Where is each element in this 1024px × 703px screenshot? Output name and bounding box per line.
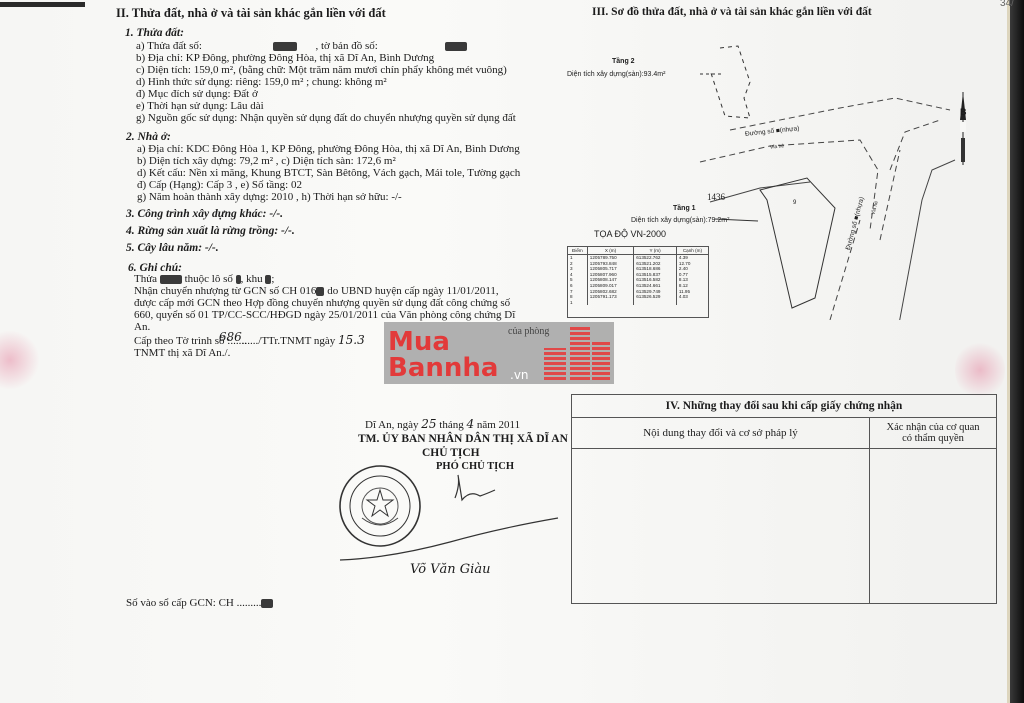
house-address: a) Địa chỉ: KDC Đông Hòa 1, KP Đông, phư… [137,143,520,155]
changes-table: IV. Những thay đổi sau khi cấp giấy chứn… [571,394,997,604]
building-icon [570,326,590,380]
north-arrow-icon [960,92,966,165]
signer-role-1: CHỦ TỊCH [422,447,480,459]
section2-title: II. Thửa đất, nhà ở và tài sản khác gắn … [116,6,386,21]
changes-content-cell [572,449,870,603]
land-purpose: đ) Mục đích sử dụng: Đất ở [136,88,258,100]
coord-header: Y (m) [634,247,677,255]
land-term: e) Thời hạn sử dụng: Lâu dài [136,100,264,112]
house-area: b) Diện tích xây dựng: 79,2 m² , c) Diện… [137,155,396,167]
signer-name: Võ Văn Giàu [410,562,490,577]
certificate-page: II. Thửa đất, nhà ở và tài sản khác gắn … [0,0,1024,703]
land-parcel-line: a) Thửa đất số: , tờ bản đồ số: [136,40,467,52]
notes-line-3: được cấp mới GCN theo Hợp đồng chuyển nh… [134,297,510,309]
sign-date: Dĩ An, ngày 25 tháng 4 năm 2011 [365,418,520,431]
house-completion: g) Năm hoàn thành xây dựng: 2010 , h) Th… [137,191,402,203]
table-row: 81205791.173613526.5294.03 [568,294,708,300]
ink-stain [955,340,1005,400]
notes-line-1: Thửa thuộc lô số , khu ; [134,273,274,285]
house-structure: d) Kết cấu: Nền xi măng, Khung BTCT, Sàn… [137,167,520,179]
section4-title: IV. Những thay đổi sau khi cấp giấy chứn… [572,395,996,418]
official-seal-icon [340,466,420,546]
table-row: 11205789.750613522.7624.39 [568,255,708,261]
coordinate-table: ĐiểmX (m)Y (m)Cạnh (m) 11205789.75061352… [567,246,709,318]
notes-line-2: Nhận chuyển nhượng từ GCN số CH 016 do U… [134,285,499,297]
authority-confirm-header: Xác nhận của cơ quan có thẩm quyền [870,418,996,448]
redacted-mark [316,287,324,296]
north-label: B [960,107,967,117]
corner-note: 34/ [1000,0,1014,9]
notes-line-5: An. [134,321,150,333]
notes-line-4: 660, quyển số 01 TP/CC-SCC/HĐGD ngày 25/… [134,309,515,321]
building-icon [544,348,566,380]
redacted-mark [273,42,297,51]
redacted-mark [160,275,182,284]
land-address: b) Địa chỉ: KP Đông, phường Đông Hòa, th… [136,52,434,64]
watermark-logo: Mua Bannha .vn của phòng [384,322,614,384]
coord-header: Điểm [568,247,587,255]
production-forest: 4. Rừng sản xuất là rừng trồng: -/-. [126,225,295,237]
notes-line-6: Cấp theo Tờ trình số :......686....../TT… [134,334,365,347]
floor1-area: Diện tích xây dựng(sàn):79.2m² [631,217,729,224]
coord-header: Cạnh (m) [676,247,708,255]
table-row: 1 [568,300,708,306]
coord-title: TỌA ĐỘ VN-2000 [594,229,666,239]
house-heading: 2. Nhà ở: [126,131,171,143]
scan-edge [0,2,85,7]
land-area: c) Diện tích: 159,0 m², (bằng chữ: Một t… [136,64,507,76]
registry-number: Số vào sổ cấp GCN: CH ......... [126,597,273,609]
land-heading: 1. Thửa đất: [125,27,184,39]
building-icon [592,342,610,380]
table-row: 61205809.017613524.6618.12 [568,283,708,289]
land-origin: g) Nguồn gốc sử dụng: Nhận quyền sử dụng… [136,112,516,124]
coord-header: X (m) [587,247,633,255]
other-construction: 3. Công trình xây dựng khác: -/-. [126,208,283,220]
parcel-number: 9 [793,200,796,206]
section3-title: III. Sơ đồ thửa đất, nhà ở và tài sản kh… [592,6,872,18]
perennial-trees: 5. Cây lâu năm: -/-. [126,242,219,254]
ink-stain [0,330,40,390]
redacted-mark [265,275,271,284]
house-grade: đ) Cấp (Hạng): Cấp 3 , e) Số tầng: 02 [137,179,302,191]
floor1-label: Tầng 1 [673,205,696,212]
redacted-mark [261,599,273,608]
neighbor-parcel-number: 1436 [707,192,725,202]
redacted-mark [445,42,467,51]
changes-content-header: Nội dung thay đổi và cơ sở pháp lý [572,418,870,448]
issuing-org: TM. ỦY BAN NHÂN DÂN THỊ XÃ DĨ AN [358,433,568,445]
table-row: 31205805.717613518.6862.40 [568,266,708,272]
signature-icon [455,475,495,500]
land-usage-form: d) Hình thức sử dụng: riêng: 159,0 m² ; … [136,76,387,88]
notes-line-7: TNMT thị xã Dĩ An./. [134,347,230,359]
